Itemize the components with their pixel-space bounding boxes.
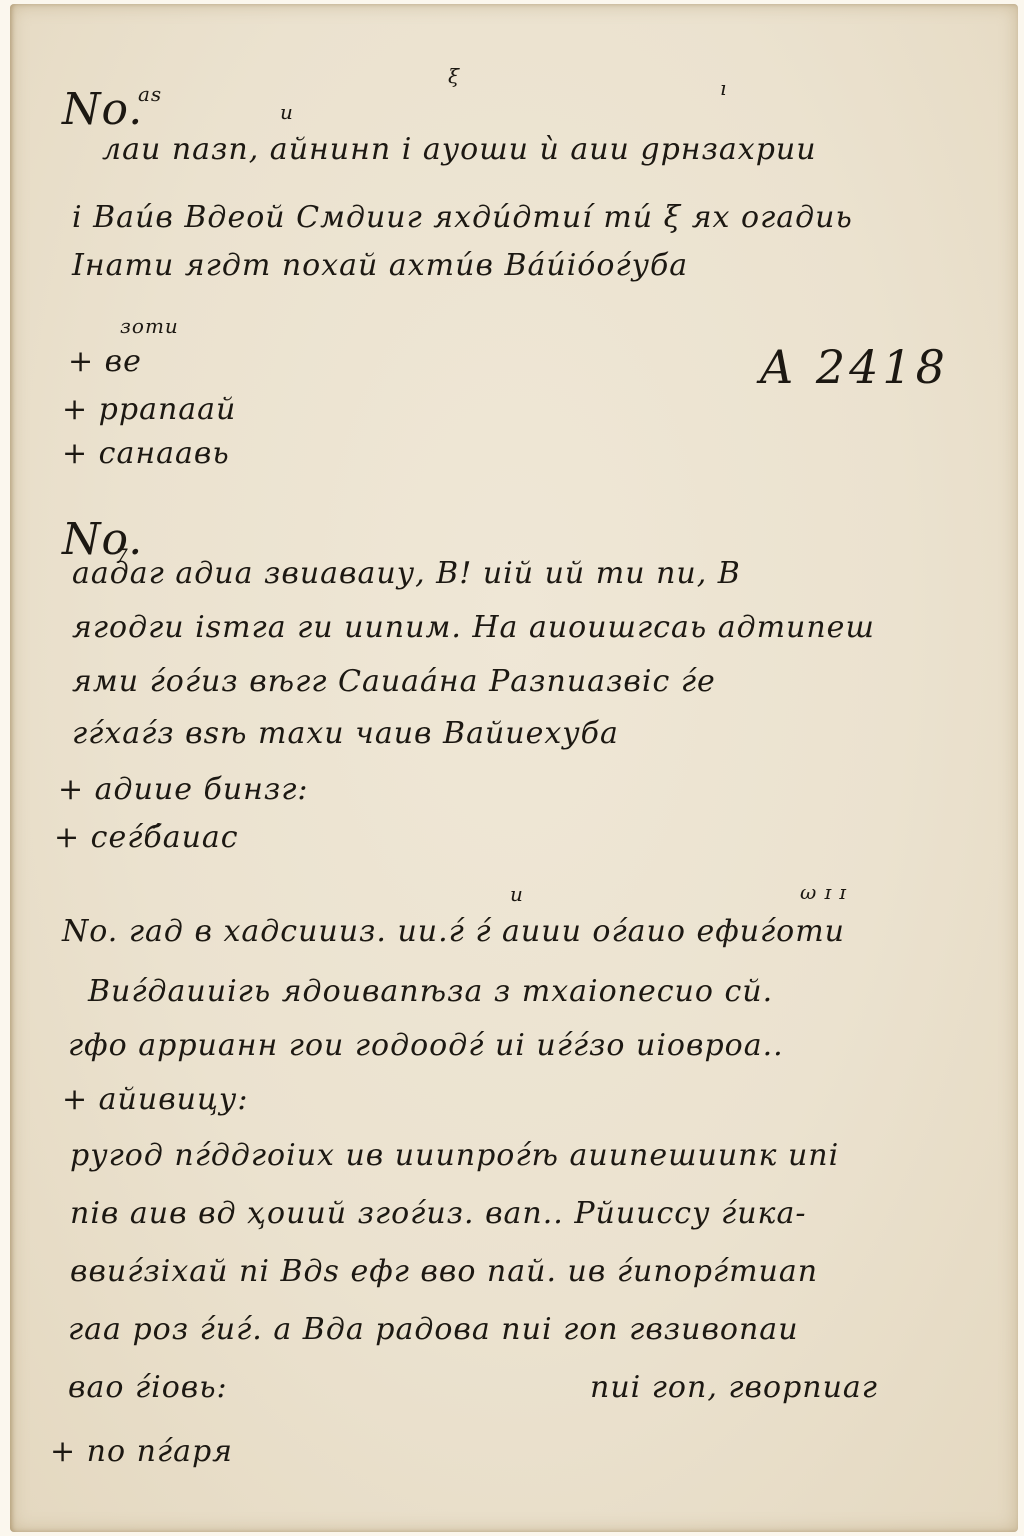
marginal-note: + адиие бинзг: bbox=[58, 772, 309, 807]
superscript: ı bbox=[720, 76, 727, 100]
manuscript-line: ями ѓоѓиз вѣгг Саиаа́на Разпиазвіс ѓе bbox=[72, 664, 716, 699]
manuscript-line: ягодги іѕтга ги иипим. На аиоишгсаь адти… bbox=[72, 610, 875, 645]
manuscript-line: ругод пѓддгоіих ив ииипроѓѣ аиипешиипк и… bbox=[70, 1138, 839, 1173]
marginal-note: + ррапаай bbox=[62, 392, 236, 427]
signature: пиі гоп, гворпиаг bbox=[590, 1370, 878, 1405]
manuscript-page: No. аs и ξ ı лаи пазп, айнинп і ауоши ѝ … bbox=[10, 4, 1018, 1532]
manuscript-line: гфо аррианн гои годоодѓ иі иѓѓзо иіовроа… bbox=[68, 1028, 784, 1063]
superscript: аs bbox=[138, 82, 162, 106]
manuscript-line: гѓхаѓз вѕѣ тахи чаив Вайиехуба bbox=[72, 716, 619, 751]
manuscript-line: Виѓдаииігь ядоивапѣза з тхаіопесио сй. bbox=[88, 974, 773, 1009]
manuscript-line: + по пѓаря bbox=[50, 1434, 233, 1469]
manuscript-line: аадаг адиа звиаваиу, В! иій ий ти пи, В bbox=[72, 556, 741, 591]
superscript: и bbox=[280, 100, 294, 124]
manuscript-line: + айивицу: bbox=[62, 1082, 248, 1117]
superscript: ξ bbox=[448, 64, 460, 88]
manuscript-line: пів аив вд ҳоиий згоѓиз. вап.. Рйииссу ѓ… bbox=[70, 1196, 806, 1231]
marginal-note: зоти bbox=[120, 314, 179, 338]
manuscript-line: гаа роз ѓиѓ. а Вда радова пиі гоп гвзиво… bbox=[68, 1312, 799, 1347]
manuscript-line: No. гад в хадсиииз. ии.ѓ ѓ аиии оѓаио еф… bbox=[62, 914, 845, 949]
marginal-note: + сеѓб́аиас bbox=[54, 820, 239, 855]
manuscript-line: ввиѓзіхай пі Вдѕ ефг вво пай. ив ѓипорѓт… bbox=[70, 1254, 818, 1289]
manuscript-line: вао ѓіовь: bbox=[68, 1370, 228, 1405]
catalog-number: A 2418 bbox=[760, 340, 949, 394]
marginal-note: + ве bbox=[68, 344, 142, 379]
manuscript-line: і Ваи́в Вдеой Смдииг яхди́дтиí ти́ ξ ях … bbox=[72, 200, 853, 235]
marginal-note: + санаавь bbox=[62, 436, 230, 471]
manuscript-line: лаи пазп, айнинп і ауоши ѝ аии gрнзахрии bbox=[102, 132, 817, 167]
superscript: ω ɪ ɪ bbox=[800, 880, 847, 904]
superscript: и bbox=[510, 882, 524, 906]
manuscript-line: Інати ягдт похай ахти́в Ва́и́іо́оѓуба bbox=[72, 248, 688, 283]
section-1-heading: No. bbox=[62, 84, 143, 135]
